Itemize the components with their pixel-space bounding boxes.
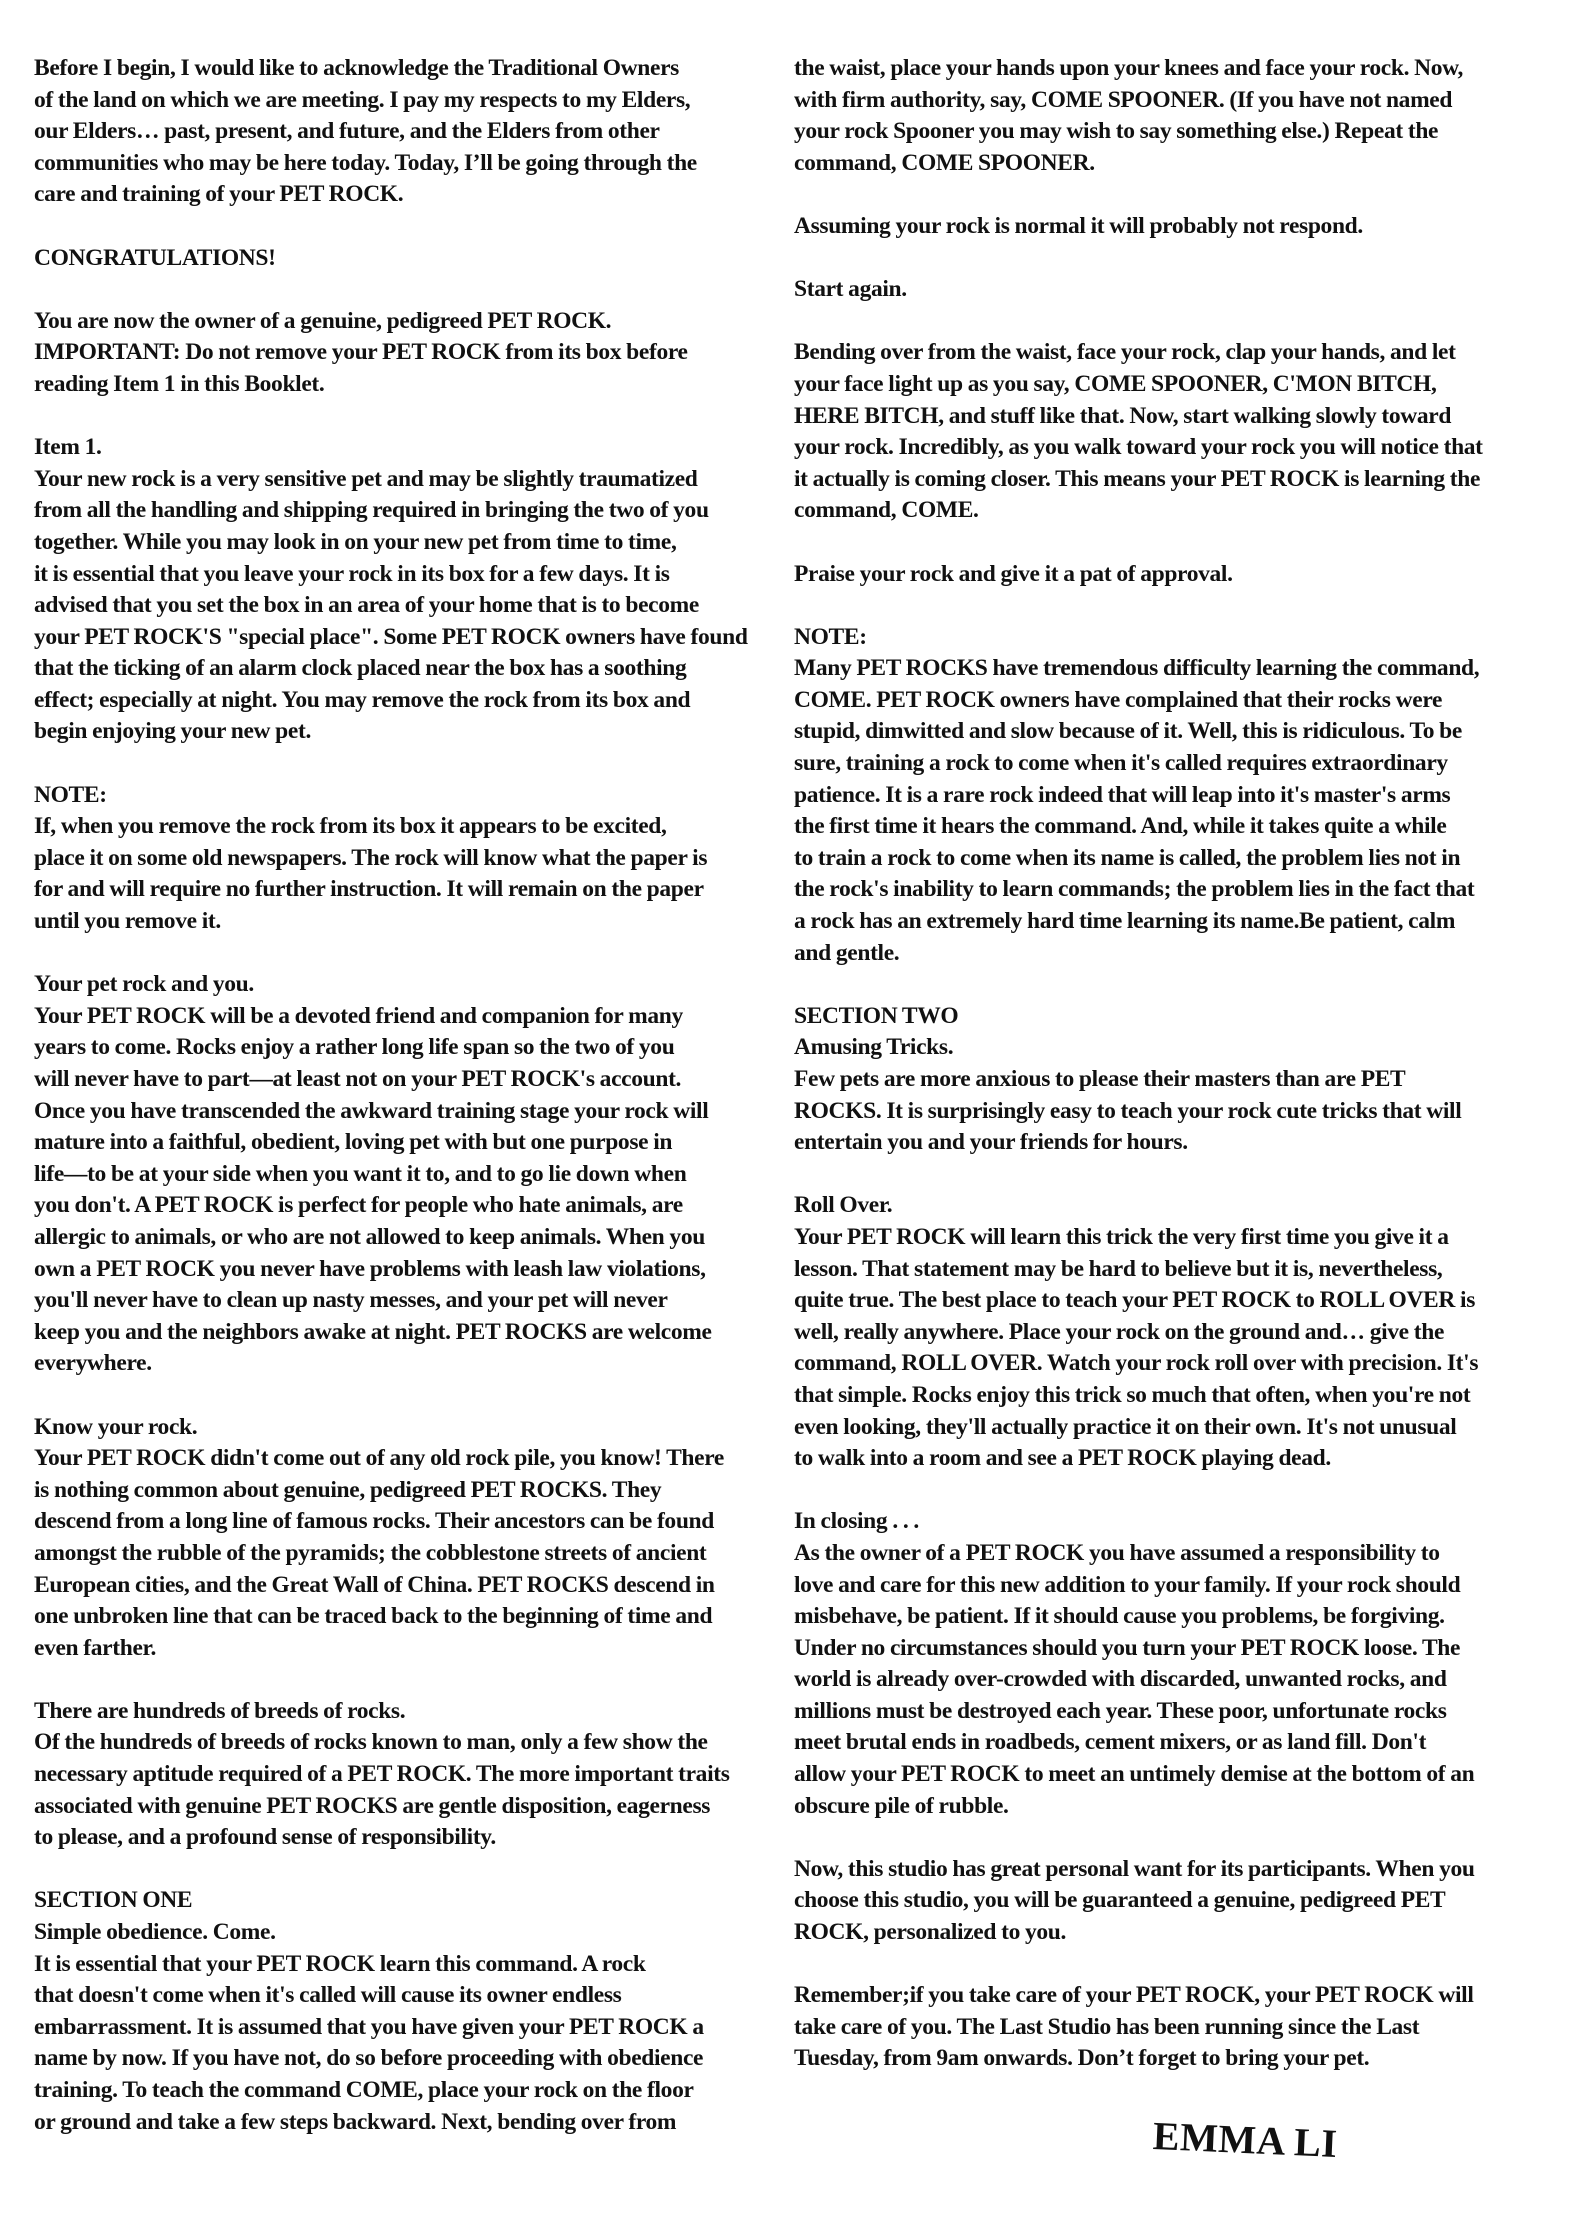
text-line: If, when you remove the rock from its bo… xyxy=(34,811,754,843)
text-line: Now, this studio has great personal want… xyxy=(794,1854,1544,1886)
text-line: Before I begin, I would like to acknowle… xyxy=(34,53,754,85)
text-line: Many PET ROCKS have tremendous difficult… xyxy=(794,653,1544,685)
text-line: to train a rock to come when its name is… xyxy=(794,843,1544,875)
paragraph: Assuming your rock is normal it will pro… xyxy=(794,211,1544,243)
text-line: even farther. xyxy=(34,1633,754,1665)
text-line: Know your rock. xyxy=(34,1412,754,1444)
text-line: lesson. That statement may be hard to be… xyxy=(794,1254,1544,1286)
text-line: of the land on which we are meeting. I p… xyxy=(34,85,754,117)
left-column: Before I begin, I would like to acknowle… xyxy=(34,53,754,2138)
text-line: you'll never have to clean up nasty mess… xyxy=(34,1285,754,1317)
text-line: millions must be destroyed each year. Th… xyxy=(794,1696,1544,1728)
right-column: the waist, place your hands upon your kn… xyxy=(794,53,1544,2075)
text-line: everywhere. xyxy=(34,1348,754,1380)
text-line: Simple obedience. Come. xyxy=(34,1917,754,1949)
text-line: communities who may be here today. Today… xyxy=(34,148,754,180)
text-line: advised that you set the box in an area … xyxy=(34,590,754,622)
text-line: allow your PET ROCK to meet an untimely … xyxy=(794,1759,1544,1791)
paragraph: NOTE:If, when you remove the rock from i… xyxy=(34,780,754,938)
text-line: Bending over from the waist, face your r… xyxy=(794,337,1544,369)
paragraph: NOTE:Many PET ROCKS have tremendous diff… xyxy=(794,622,1544,970)
text-line: Tuesday, from 9am onwards. Don’t forget … xyxy=(794,2043,1544,2075)
paragraph: Bending over from the waist, face your r… xyxy=(794,337,1544,527)
text-line: it actually is coming closer. This means… xyxy=(794,464,1544,496)
text-line: one unbroken line that can be traced bac… xyxy=(34,1601,754,1633)
text-line: together. While you may look in on your … xyxy=(34,527,754,559)
text-line: Of the hundreds of breeds of rocks known… xyxy=(34,1727,754,1759)
text-line: NOTE: xyxy=(34,780,754,812)
text-line: your rock Spooner you may wish to say so… xyxy=(794,116,1544,148)
text-line: from all the handling and shipping requi… xyxy=(34,495,754,527)
text-line: Your new rock is a very sensitive pet an… xyxy=(34,464,754,496)
text-line: love and care for this new addition to y… xyxy=(794,1570,1544,1602)
paragraph: In closing . . .As the owner of a PET RO… xyxy=(794,1506,1544,1822)
text-line: years to come. Rocks enjoy a rather long… xyxy=(34,1032,754,1064)
text-line: mature into a faithful, obedient, loving… xyxy=(34,1127,754,1159)
text-line: In closing . . . xyxy=(794,1506,1544,1538)
text-line: European cities, and the Great Wall of C… xyxy=(34,1570,754,1602)
text-line: for and will require no further instruct… xyxy=(34,874,754,906)
text-line: even looking, they'll actually practice … xyxy=(794,1412,1544,1444)
text-line: your PET ROCK'S "special place". Some PE… xyxy=(34,622,754,654)
text-line: patience. It is a rare rock indeed that … xyxy=(794,780,1544,812)
text-line: your face light up as you say, COME SPOO… xyxy=(794,369,1544,401)
paragraph: Start again. xyxy=(794,274,1544,306)
text-line: is nothing common about genuine, pedigre… xyxy=(34,1475,754,1507)
text-line: or ground and take a few steps backward.… xyxy=(34,2107,754,2139)
text-line: quite true. The best place to teach your… xyxy=(794,1285,1544,1317)
text-line: SECTION TWO xyxy=(794,1001,1544,1033)
text-line: Your PET ROCK didn't come out of any old… xyxy=(34,1443,754,1475)
text-line: our Elders… past, present, and future, a… xyxy=(34,116,754,148)
text-line: Remember;if you take care of your PET RO… xyxy=(794,1980,1544,2012)
paragraph: You are now the owner of a genuine, pedi… xyxy=(34,306,754,401)
text-line: allergic to animals, or who are not allo… xyxy=(34,1222,754,1254)
paragraph: Now, this studio has great personal want… xyxy=(794,1854,1544,1949)
text-line: a rock has an extremely hard time learni… xyxy=(794,906,1544,938)
text-line: There are hundreds of breeds of rocks. xyxy=(34,1696,754,1728)
text-line: choose this studio, you will be guarante… xyxy=(794,1885,1544,1917)
text-line: reading Item 1 in this Booklet. xyxy=(34,369,754,401)
text-line: associated with genuine PET ROCKS are ge… xyxy=(34,1791,754,1823)
text-line: Assuming your rock is normal it will pro… xyxy=(794,211,1544,243)
text-line: Few pets are more anxious to please thei… xyxy=(794,1064,1544,1096)
paragraph: Remember;if you take care of your PET RO… xyxy=(794,1980,1544,2075)
text-line: it is essential that you leave your rock… xyxy=(34,559,754,591)
text-line: life—to be at your side when you want it… xyxy=(34,1159,754,1191)
text-line: care and training of your PET ROCK. xyxy=(34,179,754,211)
text-line: name by now. If you have not, do so befo… xyxy=(34,2043,754,2075)
text-line: entertain you and your friends for hours… xyxy=(794,1127,1544,1159)
text-line: keep you and the neighbors awake at nigh… xyxy=(34,1317,754,1349)
text-line: ROCKS. It is surprisingly easy to teach … xyxy=(794,1096,1544,1128)
text-line: misbehave, be patient. If it should caus… xyxy=(794,1601,1544,1633)
text-line: SECTION ONE xyxy=(34,1885,754,1917)
text-line: HERE BITCH, and stuff like that. Now, st… xyxy=(794,401,1544,433)
author-signature: EMMA LI xyxy=(1152,2112,1338,2167)
text-line: command, ROLL OVER. Watch your rock roll… xyxy=(794,1348,1544,1380)
text-line: You are now the owner of a genuine, pedi… xyxy=(34,306,754,338)
text-line: As the owner of a PET ROCK you have assu… xyxy=(794,1538,1544,1570)
text-line: to please, and a profound sense of respo… xyxy=(34,1822,754,1854)
text-line: the first time it hears the command. And… xyxy=(794,811,1544,843)
text-line: with firm authority, say, COME SPOONER. … xyxy=(794,85,1544,117)
text-line: IMPORTANT: Do not remove your PET ROCK f… xyxy=(34,337,754,369)
text-line: embarrassment. It is assumed that you ha… xyxy=(34,2012,754,2044)
text-line: take care of you. The Last Studio has be… xyxy=(794,2012,1544,2044)
paragraph: Before I begin, I would like to acknowle… xyxy=(34,53,754,211)
text-line: effect; especially at night. You may rem… xyxy=(34,685,754,717)
text-line: command, COME SPOONER. xyxy=(794,148,1544,180)
text-line: that simple. Rocks enjoy this trick so m… xyxy=(794,1380,1544,1412)
paragraph: Praise your rock and give it a pat of ap… xyxy=(794,559,1544,591)
text-line: to walk into a room and see a PET ROCK p… xyxy=(794,1443,1544,1475)
text-line: that doesn't come when it's called will … xyxy=(34,1980,754,2012)
text-line: you don't. A PET ROCK is perfect for peo… xyxy=(34,1190,754,1222)
text-line: that the ticking of an alarm clock place… xyxy=(34,653,754,685)
text-line: Once you have transcended the awkward tr… xyxy=(34,1096,754,1128)
paragraph: Item 1.Your new rock is a very sensitive… xyxy=(34,432,754,748)
text-line: meet brutal ends in roadbeds, cement mix… xyxy=(794,1727,1544,1759)
text-line: Praise your rock and give it a pat of ap… xyxy=(794,559,1544,591)
text-line: Your pet rock and you. xyxy=(34,969,754,1001)
text-line: necessary aptitude required of a PET ROC… xyxy=(34,1759,754,1791)
text-line: CONGRATULATIONS! xyxy=(34,243,754,275)
paragraph: the waist, place your hands upon your kn… xyxy=(794,53,1544,179)
text-line: descend from a long line of famous rocks… xyxy=(34,1506,754,1538)
text-line: and gentle. xyxy=(794,938,1544,970)
text-line: begin enjoying your new pet. xyxy=(34,716,754,748)
paragraph: Know your rock.Your PET ROCK didn't come… xyxy=(34,1412,754,1665)
paragraph: SECTION ONESimple obedience. Come.It is … xyxy=(34,1885,754,2138)
text-line: world is already over-crowded with disca… xyxy=(794,1664,1544,1696)
text-line: COME. PET ROCK owners have complained th… xyxy=(794,685,1544,717)
text-line: the waist, place your hands upon your kn… xyxy=(794,53,1544,85)
text-line: Your PET ROCK will be a devoted friend a… xyxy=(34,1001,754,1033)
text-line: Under no circumstances should you turn y… xyxy=(794,1633,1544,1665)
paragraph: CONGRATULATIONS! xyxy=(34,243,754,275)
text-line: will never have to part—at least not on … xyxy=(34,1064,754,1096)
text-line: Your PET ROCK will learn this trick the … xyxy=(794,1222,1544,1254)
text-line: command, COME. xyxy=(794,495,1544,527)
text-line: amongst the rubble of the pyramids; the … xyxy=(34,1538,754,1570)
text-line: until you remove it. xyxy=(34,906,754,938)
text-line: It is essential that your PET ROCK learn… xyxy=(34,1949,754,1981)
text-line: ROCK, personalized to you. xyxy=(794,1917,1544,1949)
paragraph: There are hundreds of breeds of rocks.Of… xyxy=(34,1696,754,1854)
text-line: NOTE: xyxy=(794,622,1544,654)
text-line: well, really anywhere. Place your rock o… xyxy=(794,1317,1544,1349)
text-line: the rock's inability to learn commands; … xyxy=(794,874,1544,906)
text-line: Roll Over. xyxy=(794,1190,1544,1222)
paragraph: Your pet rock and you.Your PET ROCK will… xyxy=(34,969,754,1380)
text-line: Start again. xyxy=(794,274,1544,306)
text-line: sure, training a rock to come when it's … xyxy=(794,748,1544,780)
text-line: stupid, dimwitted and slow because of it… xyxy=(794,716,1544,748)
paragraph: SECTION TWOAmusing Tricks.Few pets are m… xyxy=(794,1001,1544,1159)
text-line: place it on some old newspapers. The roc… xyxy=(34,843,754,875)
text-line: obscure pile of rubble. xyxy=(794,1791,1544,1823)
text-line: your rock. Incredibly, as you walk towar… xyxy=(794,432,1544,464)
text-line: training. To teach the command COME, pla… xyxy=(34,2075,754,2107)
paragraph: Roll Over.Your PET ROCK will learn this … xyxy=(794,1190,1544,1474)
text-line: own a PET ROCK you never have problems w… xyxy=(34,1254,754,1286)
text-line: Amusing Tricks. xyxy=(794,1032,1544,1064)
text-line: Item 1. xyxy=(34,432,754,464)
